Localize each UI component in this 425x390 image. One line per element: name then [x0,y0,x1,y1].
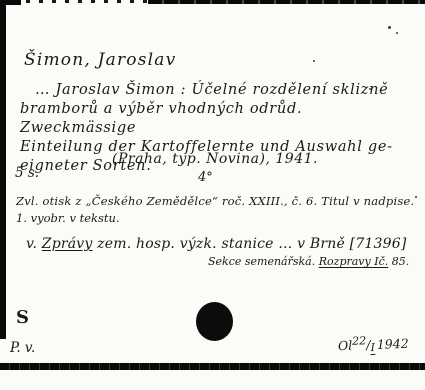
format-size: 4° [198,170,213,185]
title-line-2: bramborů a výběr vhodných odrůd. Zweckmä… [20,100,422,138]
catalog-card: Šimon, Jaroslav … Jaroslav Šimon : Účeln… [0,0,425,390]
scan-speckle [396,32,398,34]
illustration-note: 1. vyobr. v tekstu. [16,211,120,225]
scan-speckle [415,196,417,198]
series-title: Zprávy [42,236,93,252]
reference-prefix: v. [26,236,37,252]
subseries-series: Rozpravy Ič. [319,255,389,268]
page-count: 5 s. [15,165,39,181]
date-stamp: Ol22/I1942 [338,336,409,353]
top-border-faint [0,0,150,3]
subseries-number: 85. [392,255,410,268]
left-border [0,0,6,339]
scan-speckle [388,26,391,29]
cataloguer-initials: P. v. [10,340,35,356]
date-month: I [370,341,375,355]
subseries-reference: Sekce semenářská. Rozpravy Ič. 85. [208,255,409,268]
reference-rest: zem. hosp. výzk. stanice … v Brně [97,236,345,252]
date-day: 22 [352,334,366,347]
series-reference: v. Zprávy zem. hosp. výzk. stanice … v B… [26,236,407,252]
imprint: (Praha, typ. Novina), 1941. [105,151,325,167]
scan-speckle [369,88,371,90]
scan-speckle [313,60,315,62]
shelf-number: [71396] [350,236,407,252]
top-border [148,0,425,4]
offprint-note: Zvl. otisk z „Českého Zemědělce“ roč. XX… [16,194,414,208]
subseries-label: Sekce semenářská. [208,255,315,268]
date-prefix: Ol [338,338,353,353]
date-year: 1942 [377,336,409,352]
title-line-1: … Jaroslav Šimon : Účelné rozdělení skli… [20,81,422,100]
bottom-border [0,363,425,370]
filing-letter: S [16,307,29,328]
punch-hole [196,302,233,341]
author-heading: Šimon, Jaroslav [24,50,176,70]
